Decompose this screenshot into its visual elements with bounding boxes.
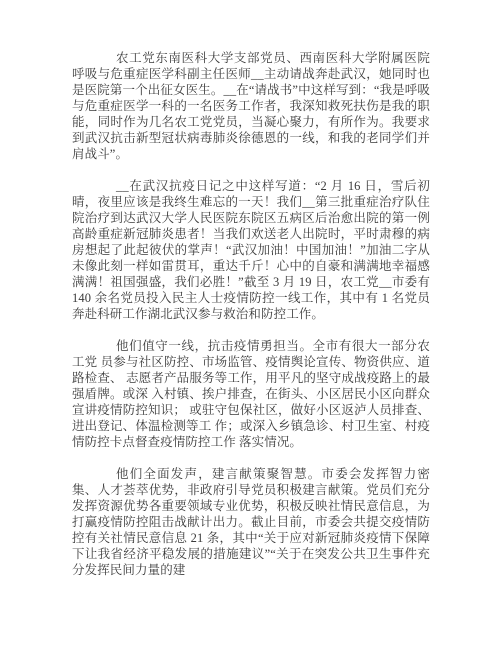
paragraph-3: 他们值守一线，抗击疫情勇担当。全市有很大一部分农工党 员参与社区防控、市场监管、… <box>72 338 430 450</box>
document-page: 农工党东南医科大学支部党员、西南医科大学附属医院呼吸与危重症医学科副主任医师__… <box>0 0 500 647</box>
paragraph-4: 他们全面发声，建言献策聚智慧。市委会发挥智力密集、人才荟萃优势，非政府引导党员积… <box>72 466 430 578</box>
paragraph-2: __在武汉抗疫日记之中这样写道：“2 月 16 日，雪后初晴，夜里应该是我终生难… <box>72 178 430 322</box>
paragraph-1: 农工党东南医科大学支部党员、西南医科大学附属医院呼吸与危重症医学科副主任医师__… <box>72 50 430 162</box>
